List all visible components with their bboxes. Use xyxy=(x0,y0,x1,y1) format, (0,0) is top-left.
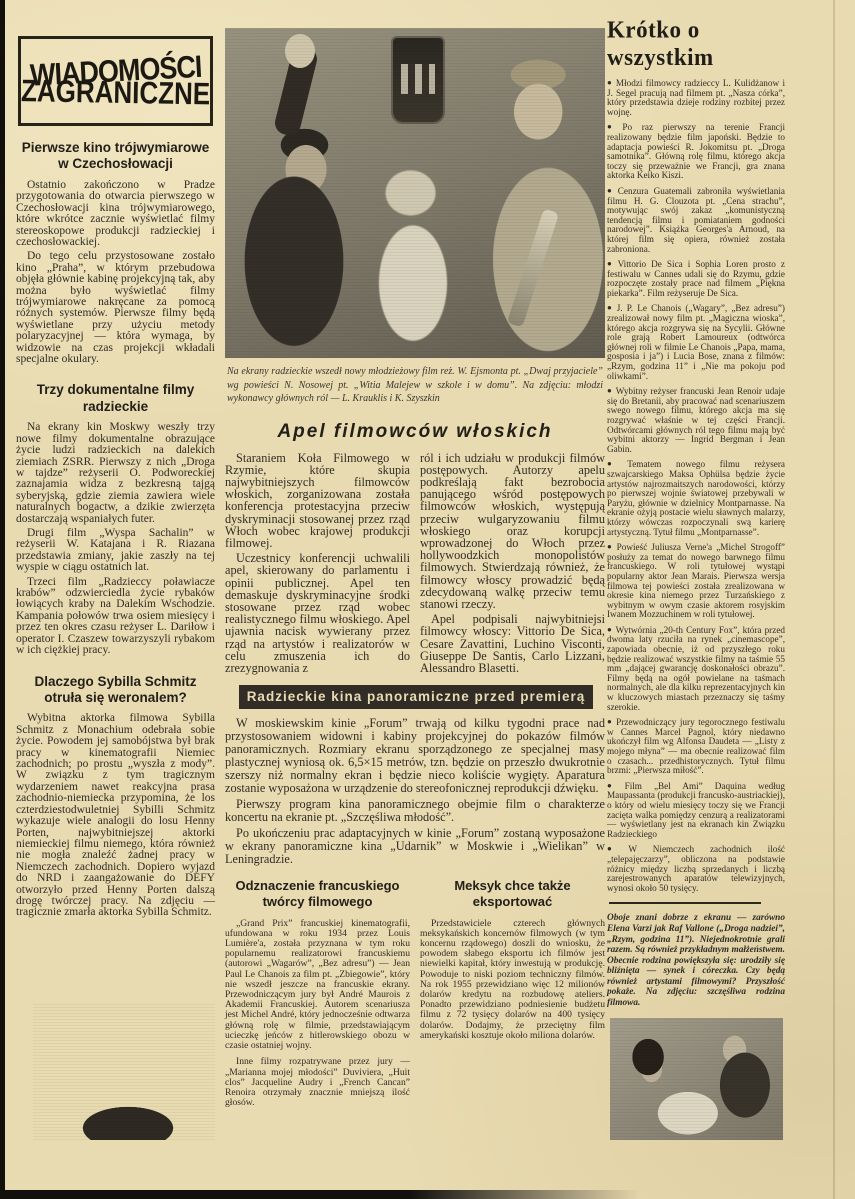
bullet-icon: ● xyxy=(607,259,615,268)
paper-fold-line xyxy=(833,0,835,1199)
section-heading-odznaczenie: Odznaczenie francuskiego twórcy filmoweg… xyxy=(231,878,404,911)
article-paragraph: Przedstawiciele czterech głównych meksyk… xyxy=(420,919,605,1041)
article-paragraph: Staraniem Koła Filmowego w Rzymie, które… xyxy=(225,452,410,550)
bullet-icon: ● xyxy=(607,122,619,131)
news-item-text: J. P. Le Chanois („Wagary”, „Bez adresu”… xyxy=(607,303,785,380)
right-column: Krótko o wszystkim ●Młodzi filmowcy radz… xyxy=(607,18,785,1009)
article-heading-soviet-documentaries: Trzy dokumentalne filmy radzieckie xyxy=(20,382,211,415)
article-paragraph: Ostatnio zakończono w Pradze przygotowan… xyxy=(16,180,215,248)
news-item-text: Tematem nowego filmu reżysera szwajcarsk… xyxy=(607,459,785,536)
news-item: ●Cenzura Guatemali zabroniła wyświetlani… xyxy=(607,187,785,254)
bullet-icon: ● xyxy=(607,717,613,726)
news-item-text: Vittorio De Sica i Sophia Loren prosto z… xyxy=(607,259,785,298)
masthead-box: WIADOMOŚCI ZAGRANICZNE xyxy=(18,36,213,126)
news-item-text: Młodzi filmowcy radzieccy L. Kulidżanow … xyxy=(607,78,785,117)
photo-caption: Na ekrany radzieckie wszedł nowy młodzie… xyxy=(227,365,603,406)
bullet-icon: ● xyxy=(607,844,625,853)
scan-edge-left xyxy=(0,0,5,1199)
film-still-photo-two-boys-and-dog xyxy=(225,28,605,358)
bullet-icon: ● xyxy=(607,542,614,551)
newspaper-page: WIADOMOŚCI ZAGRANICZNE Pierwsze kino tró… xyxy=(0,0,855,1199)
article-paragraph: Pierwszy program kina panoramicznego obe… xyxy=(225,798,605,824)
bottom-subcolumns: Odznaczenie francuskiego twórcy filmoweg… xyxy=(225,876,605,1114)
news-item-text: Wytwórnia „20-th Century Fox”, która prz… xyxy=(607,625,785,712)
news-item: ●Wytwórnia „20-th Century Fox”, która pr… xyxy=(607,626,785,712)
article-paragraph: Uczestnicy konferencji uchwalili apel, s… xyxy=(225,552,410,674)
left-column: WIADOMOŚCI ZAGRANICZNE Pierwsze kino tró… xyxy=(16,36,215,922)
article-heading-sybilla-schmitz: Dlaczego Sybilla Schmitz otruła się wero… xyxy=(20,674,211,707)
news-item-text: Wybitny reżyser francuski Jean Renoir ud… xyxy=(607,386,785,454)
article-paragraph: Do tego celu przystosowane zostało kino … xyxy=(16,251,215,365)
panorama-banner: Radzieckie kina panoramiczne przed premi… xyxy=(239,685,593,709)
news-item: ●W Niemczech zachodnich ilość „telepajęc… xyxy=(607,845,785,893)
photo-grain-overlay xyxy=(225,28,605,358)
article-paragraph: ról i ich udziału w produkcji filmów pos… xyxy=(420,452,605,611)
news-item: ●Film „Bel Ami” Daquina według Maupassan… xyxy=(607,782,785,840)
news-item: ●Po raz pierwszy na terenie Francji real… xyxy=(607,123,785,181)
news-item-text: W Niemczech zachodnich ilość „telepajęcz… xyxy=(607,844,785,892)
center-column: Na ekrany radzieckie wszedł nowy młodzie… xyxy=(225,28,605,1114)
apel-column-2: ról i ich udziału w produkcji filmów pos… xyxy=(420,452,605,678)
bullet-icon: ● xyxy=(607,459,624,468)
article-paragraph: Trzeci film „Radzieccy poławiacze krabów… xyxy=(16,577,215,657)
sybilla-schmitz-portrait-photo xyxy=(33,1002,215,1140)
family-photo-caption: Oboje znani dobrze z ekranu — zarówno El… xyxy=(607,913,785,1008)
bullet-icon: ● xyxy=(607,186,615,195)
news-item: ●Wybitny reżyser francuski Jean Renoir u… xyxy=(607,387,785,454)
section-divider xyxy=(609,902,761,904)
section-heading-meksyk: Meksyk chce także eksportować xyxy=(426,878,599,911)
news-item: ●Powieść Juliusza Verne'a „Michel Strogo… xyxy=(607,543,785,620)
article-paragraph: W moskiewskim kinie „Forum” trwają od ki… xyxy=(225,717,605,795)
bullet-icon: ● xyxy=(607,781,622,790)
news-item-text: Przewodniczący jury tegorocznego festiwa… xyxy=(607,717,785,775)
masthead-line2: ZAGRANICZNE xyxy=(21,74,211,108)
news-item: ●Młodzi filmowcy radzieccy L. Kulidżanow… xyxy=(607,79,785,117)
bullet-icon: ● xyxy=(607,625,613,634)
bullet-icon: ● xyxy=(607,78,613,87)
scan-edge-bottom xyxy=(0,1190,640,1199)
news-item: ●Vittorio De Sica i Sophia Loren prosto … xyxy=(607,260,785,298)
meksyk-column: Meksyk chce także eksportować Przedstawi… xyxy=(420,876,605,1114)
article-paragraph: Na ekrany kin Moskwy weszły trzy nowe fi… xyxy=(16,422,215,525)
apel-column-1: Staraniem Koła Filmowego w Rzymie, które… xyxy=(225,452,410,678)
odznaczenie-column: Odznaczenie francuskiego twórcy filmoweg… xyxy=(225,876,410,1114)
article-paragraph: Wybitna aktorka filmowa Sybilla Schmitz … xyxy=(16,713,215,918)
article-paragraph: Apel podpisali najwybitniejsi filmowcy w… xyxy=(420,613,605,674)
section-heading-krotko: Krótko o wszystkim xyxy=(607,17,785,72)
news-item: ●Tematem nowego filmu reżysera szwajcars… xyxy=(607,460,785,537)
article-paragraph: Drugi film „Wyspa Sachalin” w reżyserii … xyxy=(16,528,215,574)
article-heading-3d-cinema: Pierwsze kino trójwymiarowe w Czechosłow… xyxy=(20,140,211,173)
news-item: ●Przewodniczący jury tegorocznego festiw… xyxy=(607,718,785,776)
photo-grain-overlay xyxy=(33,1002,215,1140)
article-paragraph: Po ukończeniu prac adaptacyjnych w kinie… xyxy=(225,827,605,866)
news-item-text: Cenzura Guatemali zabroniła wyświetlania… xyxy=(607,186,785,254)
family-with-twins-photo xyxy=(610,1018,783,1140)
bullet-icon: ● xyxy=(607,386,613,395)
news-item: ●J. P. Le Chanois („Wagary”, „Bez adresu… xyxy=(607,304,785,381)
photo-grain-overlay xyxy=(610,1018,783,1140)
bullet-icon: ● xyxy=(607,303,614,312)
article-paragraph: „Grand Prix” francuskiej kinematografii,… xyxy=(225,919,410,1052)
news-item-text: Powieść Juliusza Verne'a „Michel Strogof… xyxy=(607,542,785,619)
news-item-text: Film „Bel Ami” Daquina według Maupassant… xyxy=(607,781,785,839)
apel-columns: Staraniem Koła Filmowego w Rzymie, które… xyxy=(225,452,605,678)
section-heading-apel: Apel filmowców włoskich xyxy=(225,421,605,443)
news-item-text: Po raz pierwszy na terenie Francji reali… xyxy=(607,122,785,180)
article-paragraph: Inne filmy rozpatrywane przez jury — „Ma… xyxy=(225,1057,410,1108)
